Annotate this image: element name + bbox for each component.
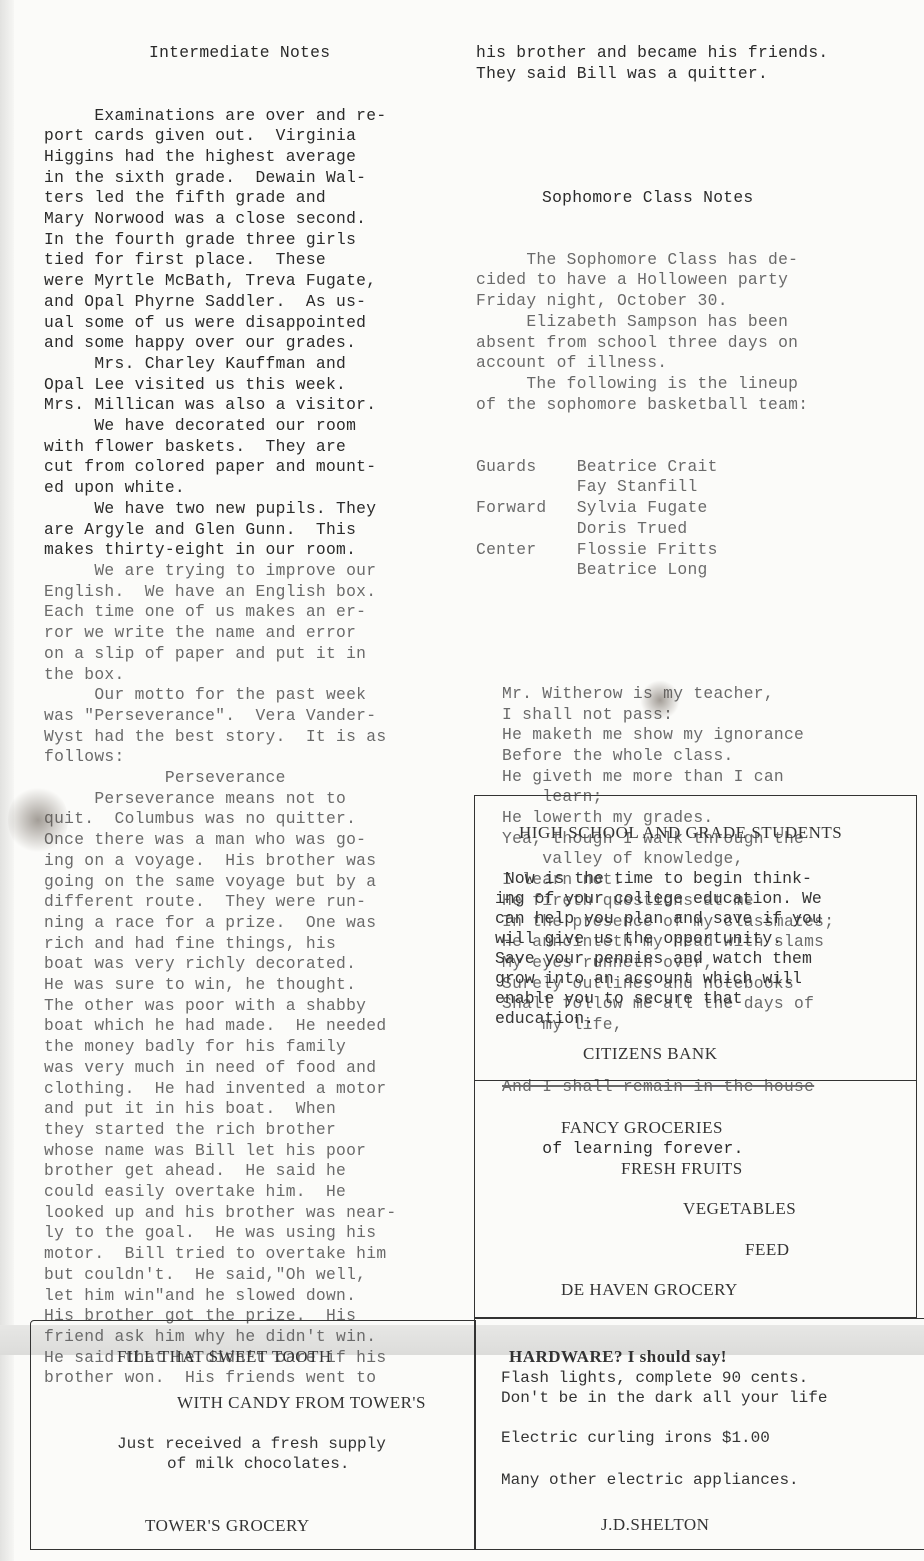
text-line: The other was poor with a shabby [44, 996, 469, 1017]
text-line: They said Bill was a quitter. [476, 64, 916, 85]
lineup-row: Guards Beatrice Crait [476, 457, 916, 478]
text-line: Mrs. Millican was also a visitor. [44, 395, 469, 416]
text-line: clothing. He had invented a motor [44, 1079, 469, 1100]
poem-line: I shall not pass: [502, 705, 916, 726]
sophomore-notes-heading: Sophomore Class Notes [476, 188, 916, 209]
text-line: ing on a voyage. His brother was [44, 851, 469, 872]
hardware-ad-line-3: Electric curling irons $1.00 [501, 1429, 770, 1447]
lineup-row: Doris Trued [476, 519, 916, 540]
grocery-item-3: VEGETABLES [683, 1199, 796, 1219]
text-line: were Myrtle McBath, Treva Fugate, [44, 271, 469, 292]
text-line: but couldn't. He said,"Oh well, [44, 1265, 469, 1286]
hardware-ad-line-4: Many other electric appliances. [501, 1471, 799, 1489]
text-line: English. We have an English box. [44, 582, 469, 603]
text-line: ed upon white. [44, 478, 469, 499]
text-line: they started the rich brother [44, 1120, 469, 1141]
text-line: ters led the fifth grade and [44, 188, 469, 209]
text-line: ly to the goal. He was using his [44, 1223, 469, 1244]
text-line: ning a race for a prize. One was [44, 913, 469, 934]
text-line: in the sixth grade. Dewain Wal- [44, 168, 469, 189]
text-line: and some happy over our grades. [44, 333, 469, 354]
candy-ad-signature: TOWER'S GROCERY [145, 1516, 310, 1536]
text-line: are Argyle and Glen Gunn. This [44, 520, 469, 541]
text-line: port cards given out. Virginia [44, 126, 469, 147]
text-line: going on the same voyage but by a [44, 872, 469, 893]
bank-ad-body: Now is the time to begin think-ing of yo… [495, 869, 822, 1029]
text-line: motor. Bill tried to overtake him [44, 1244, 469, 1265]
text-line: boat was very richly decorated. [44, 954, 469, 975]
text-line: Opal Lee visited us this week. [44, 375, 469, 396]
text-line: absent from school three days on [476, 333, 916, 354]
lineup-row: Fay Stanfill [476, 477, 916, 498]
candy-ad-subhead: WITH CANDY FROM TOWER'S [177, 1393, 426, 1413]
text-line: whose name was Bill let his poor [44, 1141, 469, 1162]
text-line: the box. [44, 665, 469, 686]
text-line: tied for first place. These [44, 250, 469, 271]
text-line: He was sure to win, he thought. [44, 975, 469, 996]
hardware-ad-signature: J.D.SHELTON [601, 1515, 709, 1535]
text-line: rich and had fine things, his [44, 934, 469, 955]
text-line: Higgins had the highest average [44, 147, 469, 168]
text-line: We are trying to improve our [44, 561, 469, 582]
text-line: Mary Norwood was a close second. [44, 209, 469, 230]
text-line: Mrs. Charley Kauffman and [44, 354, 469, 375]
text-line: on a slip of paper and put it in [44, 644, 469, 665]
shelton-hardware-ad: HARDWARE? I should say! Flash lights, co… [474, 1318, 924, 1550]
text-line: Wyst had the best story. It is as [44, 727, 469, 748]
candy-ad-headline: FILL THAT SWEET TOOTH [117, 1347, 332, 1367]
text-line: looked up and his brother was near- [44, 1203, 469, 1224]
text-line: In the fourth grade three girls [44, 230, 469, 251]
text-line: different route. They were run- [44, 892, 469, 913]
intermediate-notes-body: Examinations are over and re-port cards … [44, 106, 469, 1390]
text-line: brother get ahead. He said he [44, 1161, 469, 1182]
bank-ad-signature: CITIZENS BANK [583, 1044, 717, 1064]
de-haven-grocery-ad: FANCY GROCERIES FRESH FRUITS VEGETABLES … [474, 1078, 917, 1318]
text-line: Elizabeth Sampson has been [476, 312, 916, 333]
intermediate-notes-column: Intermediate Notes Examinations are over… [44, 2, 469, 1410]
text-line: ual some of us were disappointed [44, 313, 469, 334]
towers-candy-ad: FILL THAT SWEET TOOTH WITH CANDY FROM TO… [30, 1320, 476, 1550]
bank-ad-line: Save your pennies and watch them [495, 949, 822, 969]
sophomore-notes-body: The Sophomore Class has de-cided to have… [476, 250, 916, 416]
poem-line: Before the whole class. [502, 746, 916, 767]
poem-line: Mr. Witherow is my teacher, [502, 684, 916, 705]
text-line: quit. Columbus was no quitter. [44, 809, 469, 830]
lineup-row: Center Flossie Fritts [476, 540, 916, 561]
text-line: let him win"and he slowed down. [44, 1286, 469, 1307]
text-line: Our motto for the past week [44, 685, 469, 706]
lineup-row: Forward Sylvia Fugate [476, 498, 916, 519]
poem-line: He maketh me show my ignorance [502, 725, 916, 746]
text-line: was very much in need of food and [44, 1058, 469, 1079]
text-line: makes thirty-eight in our room. [44, 540, 469, 561]
bank-ad-line: Now is the time to begin think- [495, 869, 822, 889]
text-line: with flower baskets. They are [44, 437, 469, 458]
bank-ad-line: can help you plan and save if you [495, 909, 822, 929]
grocery-item-2: FRESH FRUITS [621, 1159, 743, 1179]
text-line: and put it in his boat. When [44, 1099, 469, 1120]
grocery-item-1: FANCY GROCERIES [561, 1118, 723, 1138]
bank-ad-line: ing of your college education. We [495, 889, 822, 909]
text-line: Friday night, October 30. [476, 291, 916, 312]
text-line: account of illness. [476, 353, 916, 374]
bank-ad-line: education. [495, 1009, 822, 1029]
grocery-item-4: FEED [745, 1240, 790, 1260]
text-line: could easily overtake him. He [44, 1182, 469, 1203]
lineup-row: Beatrice Long [476, 560, 916, 581]
hardware-ad-line-2: Don't be in the dark all your life [501, 1389, 827, 1407]
text-line: Perseverance means not to [44, 789, 469, 810]
bank-ad-line: grow into an account which will [495, 969, 822, 989]
text-line: boat which he had made. He needed [44, 1016, 469, 1037]
text-line: the money badly for his family [44, 1037, 469, 1058]
candy-ad-body-2: of milk chocolates. [167, 1455, 349, 1473]
text-line: We have decorated our room [44, 416, 469, 437]
candy-ad-body-1: Just received a fresh supply [117, 1435, 386, 1453]
text-line: Perseverance [44, 768, 469, 789]
smudge-mark [8, 785, 68, 855]
text-line: The following is the lineup [476, 374, 916, 395]
bank-ad-line: enable you to secure that [495, 989, 822, 1009]
text-line: The Sophomore Class has de- [476, 250, 916, 271]
text-line: of the sophomore basketball team: [476, 395, 916, 416]
poem-line: He giveth me more than I can [502, 767, 916, 788]
grocery-ad-signature: DE HAVEN GROCERY [561, 1280, 738, 1300]
bank-ad-headline: HIGH SCHOOL AND GRADE STUDENTS [519, 823, 842, 843]
text-line: Examinations are over and re- [44, 106, 469, 127]
hardware-ad-line-1: Flash lights, complete 90 cents. [501, 1369, 808, 1387]
text-line: was "Perseverance". Vera Vander- [44, 706, 469, 727]
text-line: and Opal Phyrne Saddler. As us- [44, 292, 469, 313]
text-line: cut from colored paper and mount- [44, 457, 469, 478]
text-line: cided to have a Holloween party [476, 270, 916, 291]
text-line: ror we write the name and error [44, 623, 469, 644]
text-line: Each time one of us makes an er- [44, 602, 469, 623]
story-continuation: his brother and became his friends.They … [476, 43, 916, 84]
text-line: follows: [44, 747, 469, 768]
intermediate-notes-heading: Intermediate Notes [44, 43, 469, 64]
ink-stain [640, 680, 680, 720]
citizens-bank-ad: HIGH SCHOOL AND GRADE STUDENTS Now is th… [474, 795, 917, 1081]
bank-ad-line: will give us the opportunity. [495, 929, 822, 949]
basketball-lineup: Guards Beatrice Crait Fay StanfillForwar… [476, 457, 916, 581]
hardware-ad-headline: HARDWARE? I should say! [509, 1347, 727, 1367]
text-line: We have two new pupils. They [44, 499, 469, 520]
text-line: Once there was a man who was go- [44, 830, 469, 851]
text-line: his brother and became his friends. [476, 43, 916, 64]
